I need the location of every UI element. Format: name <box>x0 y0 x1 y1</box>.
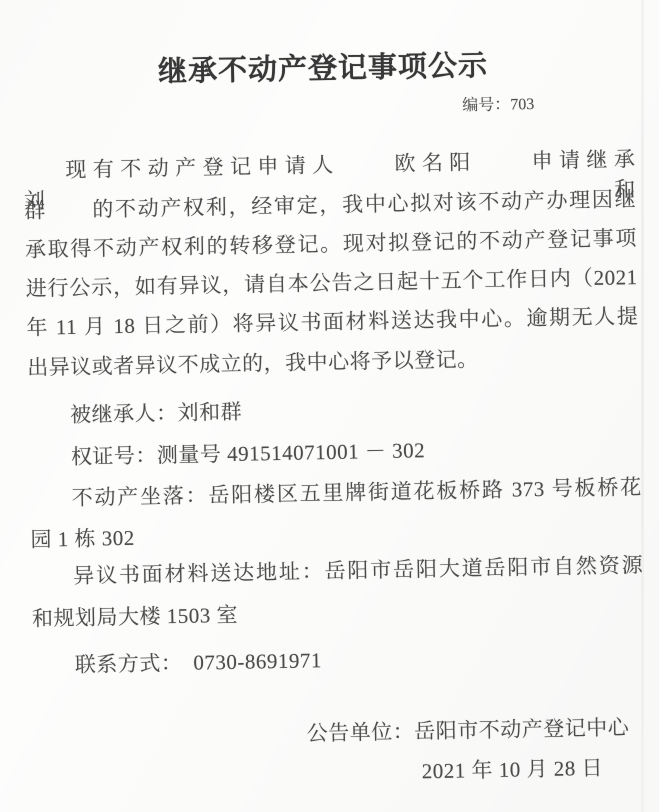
notice-body-line-3: 承取得不动产权利的转移登记。现对拟登记的不动产登记事项 <box>25 223 637 265</box>
notice-body-line-5: 年 11 月 18 日之前）将异议书面材料送达我中心。逾期无人提 <box>26 301 638 343</box>
notice-number: 编号：703 <box>0 92 653 127</box>
notice-body-line-4: 进行公示，如有异议，请自本公告之日起十五个工作日内（2021 <box>25 262 637 304</box>
objection-address-line-2: 和规划局大楼 1503 室 <box>32 592 644 634</box>
objection-address-line-1: 异议书面材料送达地址：岳阳市岳阳大道岳阳市自然资源 <box>31 550 643 592</box>
publication-date-line: 2021 年 10 月 28 日 <box>7 752 659 795</box>
property-location-line-2: 园 1 栋 302 <box>30 513 642 555</box>
contact-phone-line: 联系方式： 0730-8691971 <box>33 639 645 681</box>
notice-document: 继承不动产登记事项公示 编号：703 现有不动产登记申请人 欧名阳 申请继承 刘… <box>0 0 659 812</box>
property-location-line-1: 不动产坐落：岳阳楼区五里牌街道花板桥路 373 号板桥花 <box>29 472 641 514</box>
notice-title: 继承不动产登记事项公示 <box>0 44 653 95</box>
scanned-notice-content: 继承不动产登记事项公示 编号：703 现有不动产登记申请人 欧名阳 申请继承 刘… <box>0 0 659 812</box>
decedent-line: 被继承人：刘和群 <box>28 389 640 431</box>
issuing-authority-line: 公告单位：岳阳市不动产登记中心 <box>6 712 659 755</box>
notice-body-line-6: 出异议或者异议不成立的，我中心将予以登记。 <box>27 341 639 383</box>
certificate-number-line: 权证号：测量号 491514071001 － 302 <box>29 431 641 473</box>
